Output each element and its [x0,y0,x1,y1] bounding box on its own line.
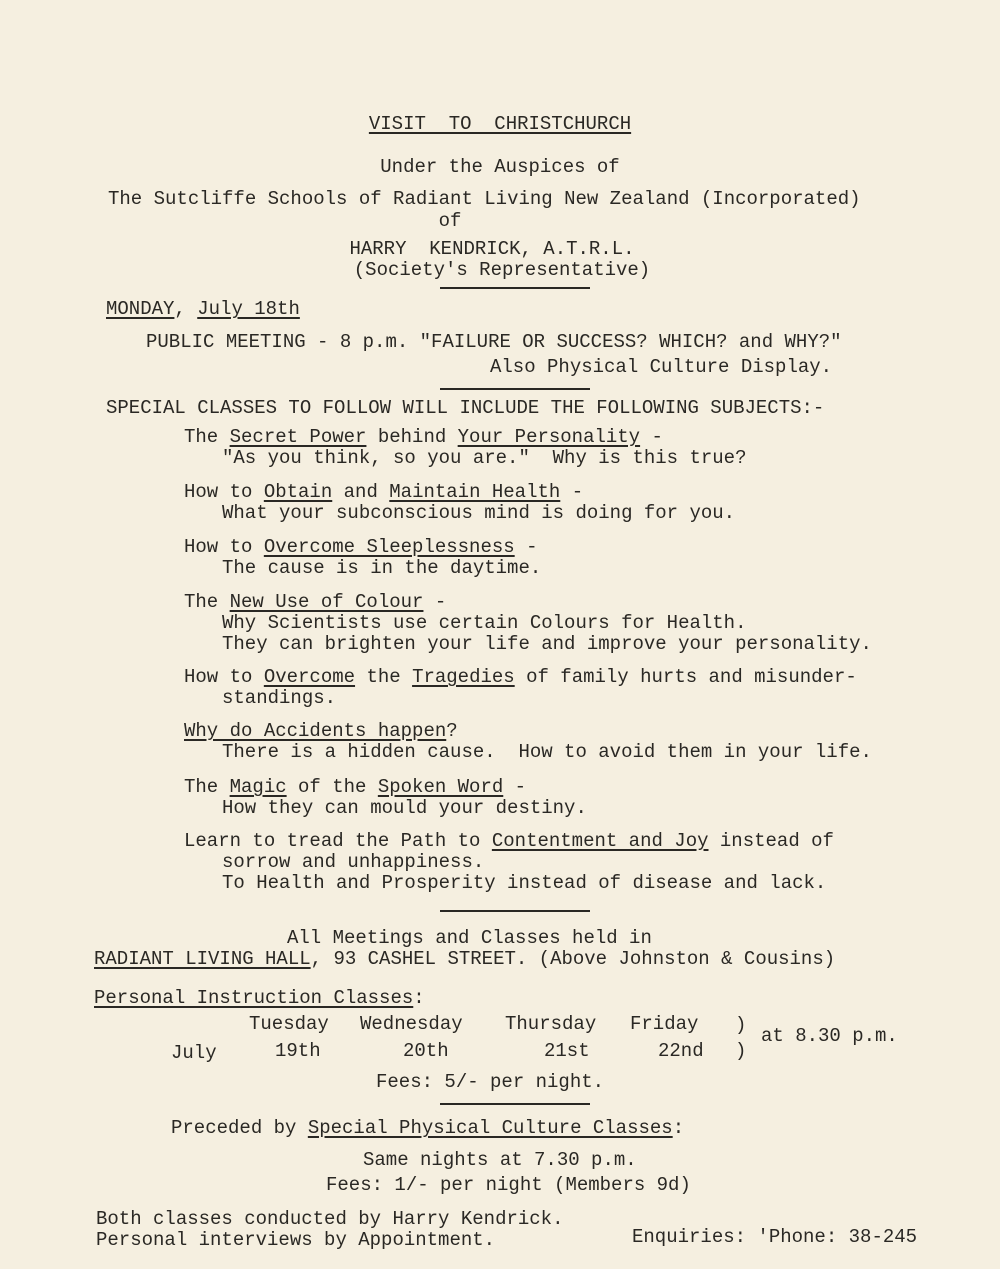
public-meeting: PUBLIC MEETING - 8 p.m. [146,331,420,353]
schedule-cell: 22nd [658,1040,704,1062]
personal-fees: Fees: 5/- per night. [376,1071,604,1093]
subject-heading: The New Use of Colour - [184,591,446,613]
schedule-cell: 20th [403,1040,449,1062]
venue-hall: RADIANT LIVING HALL [94,948,311,970]
physical-time: Same nights at 7.30 p.m. [363,1149,637,1171]
physical-prefix: Preceded by [171,1117,308,1139]
divider [440,388,590,390]
meeting-title: "FAILURE OR SUCCESS? WHICH? and WHY?" [420,331,842,353]
schedule-cell: July [171,1042,217,1064]
physical-heading: Special Physical Culture Classes [308,1117,673,1139]
subject-description: sorrow and unhappiness. [222,851,484,873]
schedule-cell: Wednesday [360,1013,463,1035]
subject-heading: Learn to tread the Path to Contentment a… [184,830,834,852]
subject-heading: How to Obtain and Maintain Health - [184,481,583,503]
organisation-name: The Sutcliffe Schools of Radiant Living … [108,188,861,210]
personal-time: at 8.30 p.m. [761,1025,898,1047]
physical-display: Also Physical Culture Display. [490,356,832,378]
monday-date: July 18th [197,298,300,320]
personal-heading: Personal Instruction Classes [94,987,413,1009]
subject-heading: How to Overcome Sleeplessness - [184,536,537,558]
divider [440,287,590,289]
speaker-role: (Society's Representative) [2,259,1000,281]
bracket: ) [735,1040,746,1062]
subject-description: The cause is in the daytime. [222,557,541,579]
schedule-cell: Tuesday [249,1013,329,1035]
subject-description: To Health and Prosperity instead of dise… [222,872,826,894]
interviews: Personal interviews by Appointment. [96,1229,495,1251]
schedule-cell: 21st [544,1040,590,1062]
subject-description: standings. [222,687,336,709]
subject-heading: The Secret Power behind Your Personality… [184,426,663,448]
divider [440,910,590,912]
subject-heading: How to Overcome the Tragedies of family … [184,666,857,688]
document-title: VISIT TO CHRISTCHURCH [369,113,631,135]
classes-heading: SPECIAL CLASSES TO FOLLOW WILL INCLUDE T… [106,397,824,419]
bracket: ) [735,1014,746,1036]
schedule-cell: Thursday [505,1013,596,1035]
auspices-line: Under the Auspices of [0,156,1000,178]
enquiries-phone: Enquiries: 'Phone: 38-245 [632,1226,917,1248]
schedule-cell: 19th [275,1040,321,1062]
schedule-cell: Friday [630,1013,698,1035]
subject-description: "As you think, so you are." Why is this … [222,447,747,469]
physical-fees: Fees: 1/- per night (Members 9d) [326,1174,691,1196]
speaker-name: HARRY KENDRICK, A.T.R.L. [0,238,992,260]
subject-description: Why Scientists use certain Colours for H… [222,612,747,634]
conducted-by: Both classes conducted by Harry Kendrick… [96,1208,563,1230]
venue-address: , 93 CASHEL STREET. (Above Johnston & Co… [311,948,836,970]
subject-description: What your subconscious mind is doing for… [222,502,735,524]
subject-description: They can brighten your life and improve … [222,633,872,655]
venue-intro: All Meetings and Classes held in [287,927,652,949]
monday-day: MONDAY [106,298,174,320]
subject-description: There is a hidden cause. How to avoid th… [222,741,872,763]
of-line: of [0,210,950,232]
subject-description: How they can mould your destiny. [222,797,587,819]
subject-heading: Why do Accidents happen? [184,720,458,742]
subject-heading: The Magic of the Spoken Word - [184,776,526,798]
divider [440,1103,590,1105]
